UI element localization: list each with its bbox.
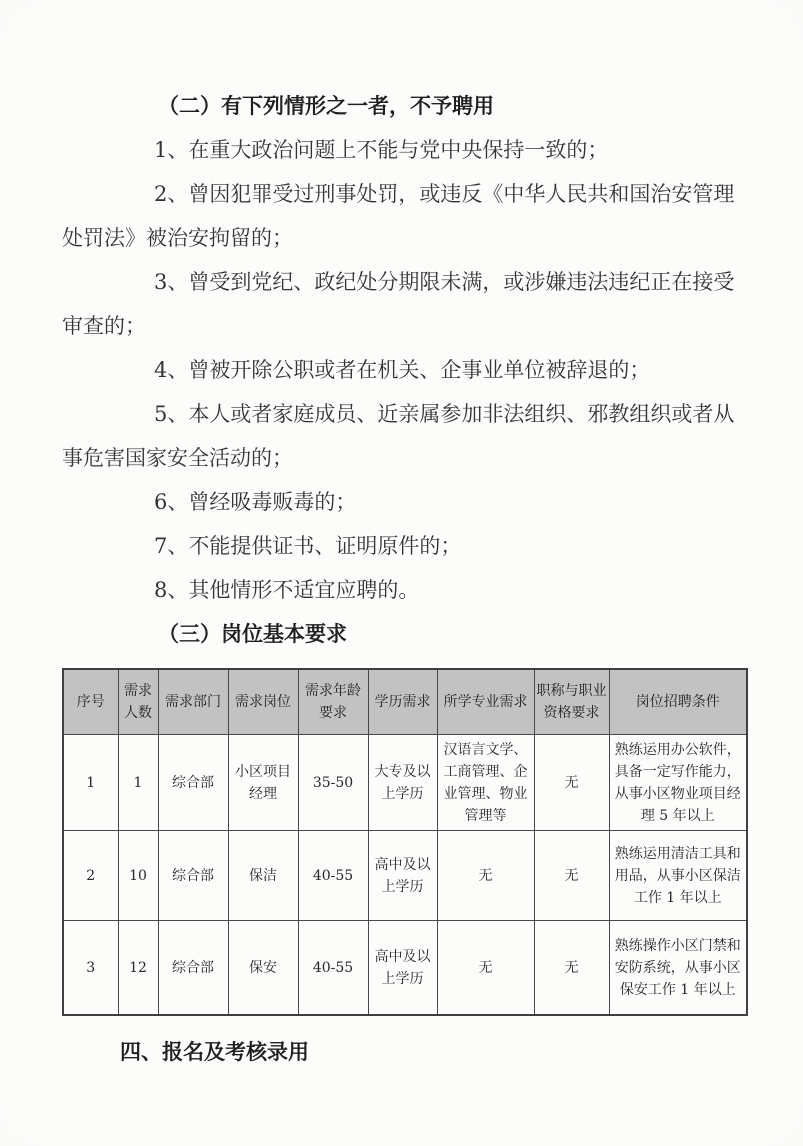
document-body: （二）有下列情形之一者，不予聘用 1、在重大政治问题上不能与党中央保持一致的； …: [0, 0, 803, 1074]
cell-education: 大专及以 上学历: [368, 735, 437, 831]
clause-line-6: 6、曾经吸毒贩毒的；: [62, 480, 746, 524]
cell-major: 无: [437, 831, 534, 921]
clause-line-1: 1、在重大政治问题上不能与党中央保持一致的；: [62, 128, 746, 172]
cell-position: 保洁: [228, 831, 298, 921]
header-cell-qualification: 职称与职业 资格要求: [534, 669, 609, 735]
header-cell-headcount: 需求 人数: [118, 669, 158, 735]
clause-line-3-cont: 审查的；: [62, 304, 746, 348]
clause-line-3: 3、曾受到党纪、政纪处分期限未满，或涉嫌违法违纪正在接受: [62, 260, 746, 304]
clause-line-5: 5、本人或者家庭成员、近亲属参加非法组织、邪教组织或者从: [62, 392, 746, 436]
header-cell-position: 需求岗位: [228, 669, 298, 735]
cell-major: 汉语言文学、 工商管理、企 业管理、物业 管理等: [437, 735, 534, 831]
table-header-row: 序号 需求 人数 需求部门 需求岗位 需求年龄 要求 学历需求 所学专业需求 职…: [63, 669, 747, 735]
section-heading-c: （三）岗位基本要求: [62, 612, 746, 656]
cell-qualification: 无: [534, 735, 609, 831]
clause-line-2-cont: 处罚法》被治安拘留的；: [62, 216, 746, 260]
clause-line-7: 7、不能提供证书、证明原件的；: [62, 524, 746, 568]
header-cell-department: 需求部门: [158, 669, 228, 735]
clause-line-5-cont: 事危害国家安全活动的；: [62, 436, 746, 480]
cell-headcount: 1: [118, 735, 158, 831]
scanned-document-page: （二）有下列情形之一者，不予聘用 1、在重大政治问题上不能与党中央保持一致的； …: [0, 0, 803, 1146]
header-cell-education: 学历需求: [368, 669, 437, 735]
cell-department: 综合部: [158, 831, 228, 921]
cell-position: 小区项目 经理: [228, 735, 298, 831]
cell-headcount: 10: [118, 831, 158, 921]
header-cell-major: 所学专业需求: [437, 669, 534, 735]
cell-conditions: 熟练运用办公软件， 具备一定写作能力， 从事小区物业项目经 理 5 年以上: [609, 735, 747, 831]
table-row: 3 12 综合部 保安 40-55 高中及以 上学历 无 无 熟练操作小区门禁和…: [63, 921, 747, 1016]
cell-education: 高中及以 上学历: [368, 921, 437, 1016]
cell-department: 综合部: [158, 921, 228, 1016]
cell-position: 保安: [228, 921, 298, 1016]
cell-age: 40-55: [298, 921, 368, 1016]
cell-education: 高中及以 上学历: [368, 831, 437, 921]
cell-conditions: 熟练操作小区门禁和 安防系统，从事小区 保安工作 1 年以上: [609, 921, 747, 1016]
clause-line-4: 4、曾被开除公职或者在机关、企事业单位被辞退的；: [62, 348, 746, 392]
clause-line-2: 2、曾因犯罪受过刑事处罚，或违反《中华人民共和国治安管理: [62, 172, 746, 216]
cell-seq: 1: [63, 735, 118, 831]
table-row: 1 1 综合部 小区项目 经理 35-50 大专及以 上学历 汉语言文学、 工商…: [63, 735, 747, 831]
header-cell-seq: 序号: [63, 669, 118, 735]
cell-headcount: 12: [118, 921, 158, 1016]
cell-major: 无: [437, 921, 534, 1016]
header-cell-conditions: 岗位招聘条件: [609, 669, 747, 735]
job-requirements-table: 序号 需求 人数 需求部门 需求岗位 需求年龄 要求 学历需求 所学专业需求 职…: [62, 668, 748, 1016]
clause-line-8: 8、其他情形不适宜应聘的。: [62, 568, 746, 612]
cell-qualification: 无: [534, 921, 609, 1016]
cell-conditions: 熟练运用清洁工具和 用品，从事小区保洁 工作 1 年以上: [609, 831, 747, 921]
cell-seq: 3: [63, 921, 118, 1016]
cell-seq: 2: [63, 831, 118, 921]
section-heading-d: 四、报名及考核录用: [62, 1030, 746, 1074]
cell-qualification: 无: [534, 831, 609, 921]
cell-age: 35-50: [298, 735, 368, 831]
cell-age: 40-55: [298, 831, 368, 921]
header-cell-age: 需求年龄 要求: [298, 669, 368, 735]
section-heading-b: （二）有下列情形之一者，不予聘用: [62, 84, 746, 128]
table-row: 2 10 综合部 保洁 40-55 高中及以 上学历 无 无 熟练运用清洁工具和…: [63, 831, 747, 921]
cell-department: 综合部: [158, 735, 228, 831]
